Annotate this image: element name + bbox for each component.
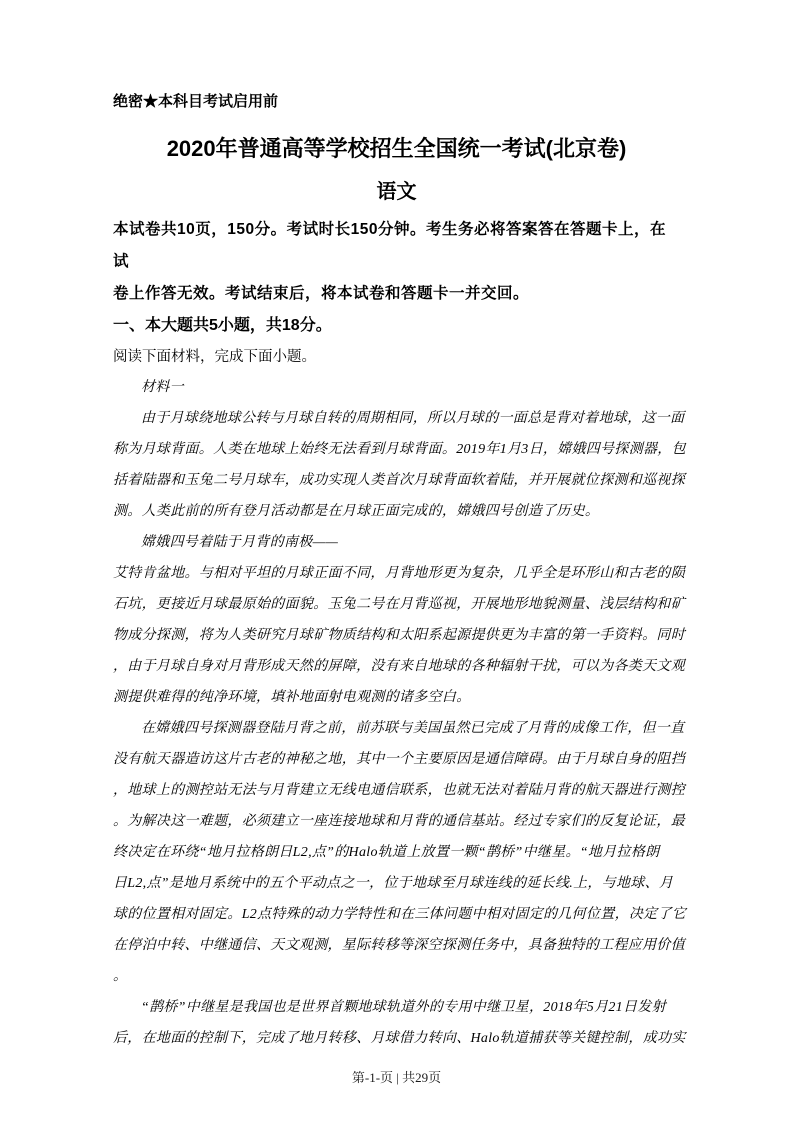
material-line: 没有航天器造访这片古老的神秘之地，其中一个主要原因是通信障碍。由于月球自身的阻挡 [113, 744, 680, 775]
material-line: ，由于月球自身对月背形成天然的屏障，没有来自地球的各种辐射干扰，可以为各类天文观 [113, 651, 680, 682]
section-heading: 一、本大题共5小题，共18分。 [113, 310, 680, 342]
material-line: 。为解决这一难题，必须建立一座连接地球和月背的通信基站。经过专家们的反复论证，最 [113, 806, 680, 837]
material-line: 。 [113, 961, 680, 992]
material-paragraphs: 由于月球绕地球公转与月球自转的周期相同，所以月球的一面总是背对着地球，这一面称为… [113, 403, 680, 1054]
material-line: 艾特肯盆地。与相对平坦的月球正面不同，月背地形更为复杂，几乎全是环形山和古老的陨 [113, 558, 680, 589]
material-line: 球的位置相对固定。L2点特殊的动力学特性和在三体问题中相对固定的几何位置，决定了… [113, 899, 680, 930]
material-line: 在嫦娥四号探测器登陆月背之前，前苏联与美国虽然已完成了月背的成像工作，但一直 [113, 713, 680, 744]
material-line: 终决定在环绕“地月拉格朗日L2,点”的Halo轨道上放置一颗“鹊桥”中继星。“地… [113, 837, 680, 868]
material-line: 在停泊中转、中继通信、天文观测，星际转移等深空探测任务中，具备独特的工程应用价值 [113, 930, 680, 961]
instruction-line: 本试卷共10页，150分。考试时长150分钟。考生务必将答案答在答题卡上，在试 [113, 214, 680, 278]
material-line: 测。人类此前的所有登月活动都是在月球正面完成的，嫦娥四号创造了历史。 [113, 496, 680, 527]
material-line: 石坑，更接近月球最原始的面貌。玉兔二号在月背巡视，开展地形地貌测量、浅层结构和矿 [113, 589, 680, 620]
material-line: 括着陆器和玉兔二号月球车，成功实现人类首次月球背面软着陆，并开展就位探测和巡视探 [113, 465, 680, 496]
material-label: 材料一 [113, 372, 680, 403]
exam-instructions: 本试卷共10页，150分。考试时长150分钟。考生务必将答案答在答题卡上，在试 … [113, 214, 680, 310]
exam-title: 2020年普通高等学校招生全国统一考试(北京卷) [113, 134, 680, 164]
page-footer: 第-1-页 | 共29页 [113, 1068, 680, 1088]
material-line: 物成分探测，将为人类研究月球矿物质结构和太阳系起源提供更为丰富的第一手资料。同时 [113, 620, 680, 651]
material-line: 由于月球绕地球公转与月球自转的周期相同，所以月球的一面总是背对着地球，这一面 [113, 403, 680, 434]
material-line: 嫦娥四号着陆于月背的南极—— [113, 527, 680, 558]
material-line: “鹊桥”中继星是我国也是世界首颗地球轨道外的专用中继卫星，2018年5月21日发… [113, 992, 680, 1023]
material-line: 称为月球背面。人类在地球上始终无法看到月球背面。2019年1月3日，嫦娥四号探测… [113, 434, 680, 465]
instruction-line: 卷上作答无效。考试结束后，将本试卷和答题卡一并交回。 [113, 278, 680, 310]
material-line: ，地球上的测控站无法与月背建立无线电通信联系，也就无法对着陆月背的航天器进行测控 [113, 775, 680, 806]
security-notice: 绝密★本科目考试启用前 [113, 92, 680, 112]
reading-prompt: 阅读下面材料，完成下面小题。 [113, 342, 680, 372]
material-line: 测提供难得的纯净环境，填补地面射电观测的诸多空白。 [113, 682, 680, 713]
material-line: 日L2,点”是地月系统中的五个平动点之一，位于地球至月球连线的延长线.上，与地球… [113, 868, 680, 899]
exam-page: 绝密★本科目考试启用前 2020年普通高等学校招生全国统一考试(北京卷) 语文 … [0, 0, 793, 1122]
subject-title: 语文 [113, 178, 680, 206]
material-line: 后，在地面的控制下，完成了地月转移、月球借力转向、Halo轨道捕获等关键控制，成… [113, 1023, 680, 1054]
